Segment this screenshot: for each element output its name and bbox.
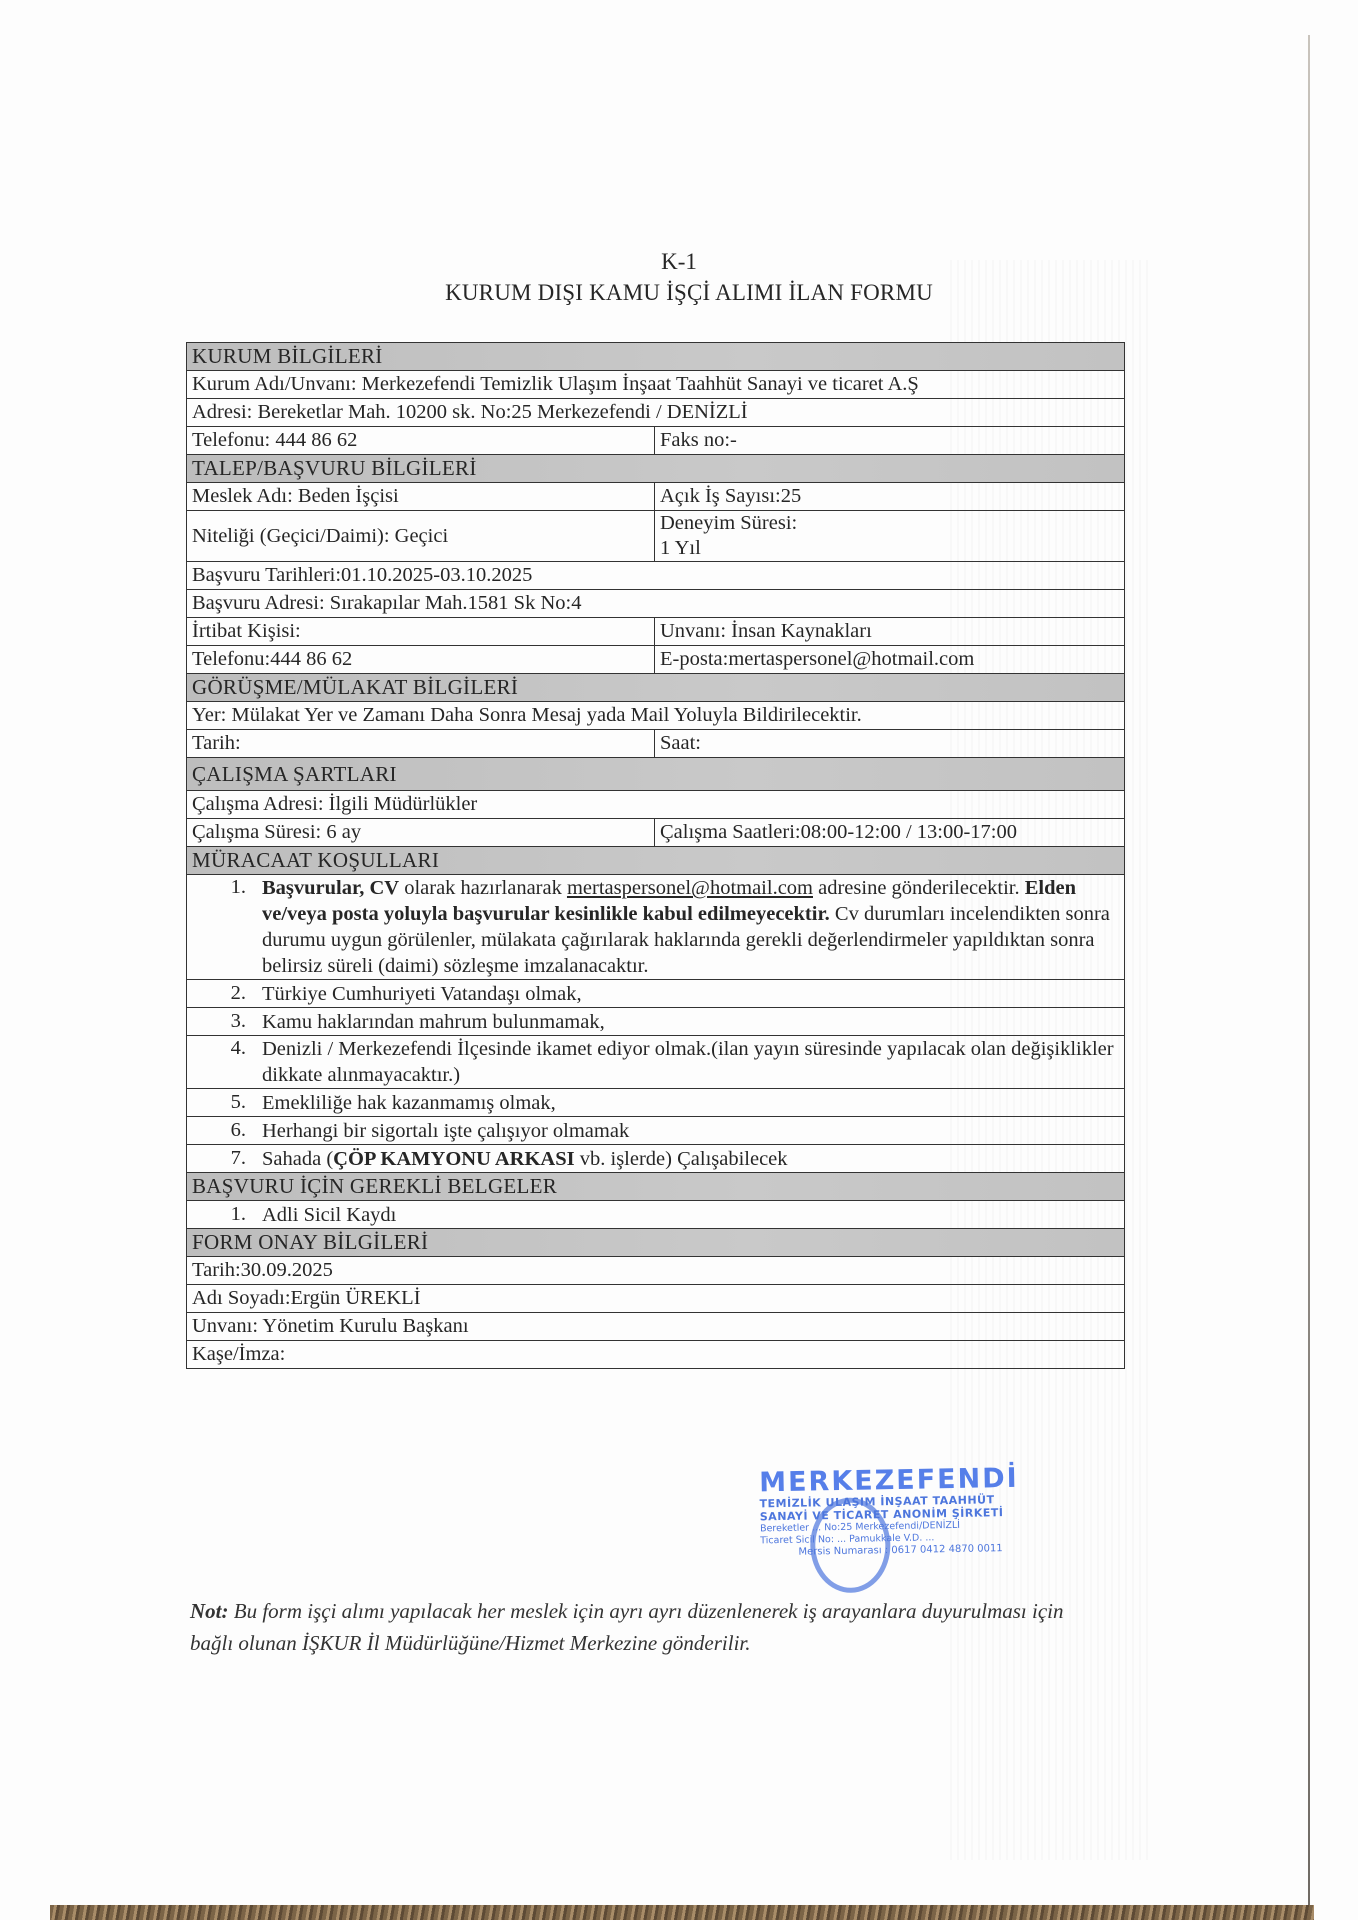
condition-text: Denizli / Merkezefendi İlçesinde ikamet …	[262, 1036, 1119, 1088]
condition-number: 3.	[192, 1009, 262, 1035]
condition-number: 7.	[192, 1146, 262, 1172]
condition-number: 1.	[192, 875, 262, 979]
open-positions: Açık İş Sayısı:25	[655, 483, 1125, 511]
condition-item: 7.Sahada (ÇÖP KAMYONU ARKASI vb. işlerde…	[187, 1145, 1125, 1173]
scanner-background-strip	[50, 1905, 1314, 1920]
form-title: KURUM DIŞI KAMU İŞÇİ ALIMI İLAN FORMU	[0, 278, 1358, 308]
condition-item: 6.Herhangi bir sigortalı işte çalışıyor …	[187, 1117, 1125, 1145]
interview-location: Yer: Mülakat Yer ve Zamanı Daha Sonra Me…	[187, 702, 1125, 730]
section-gorusme-mulakat: GÖRÜŞME/MÜLAKAT BİLGİLERİ	[187, 674, 1125, 702]
work-address: Çalışma Adresi: İlgili Müdürlükler	[187, 791, 1125, 819]
footer-note: Not: Bu form işçi alımı yapılacak her me…	[190, 1595, 1090, 1659]
condition-text: Sahada (ÇÖP KAMYONU ARKASI vb. işlerde) …	[262, 1146, 1119, 1172]
approver-name: Adı Soyadı:Ergün ÜREKLİ	[187, 1285, 1125, 1313]
form-code: K-1	[0, 248, 1358, 276]
form-header: K-1 KURUM DIŞI KAMU İŞÇİ ALIMI İLAN FORM…	[0, 248, 1358, 308]
condition-text: Kamu haklarından mahrum bulunmamak,	[262, 1009, 1119, 1035]
occupation-name: Meslek Adı: Beden İşçisi	[187, 483, 655, 511]
condition-item: 3.Kamu haklarından mahrum bulunmamak,	[187, 1008, 1125, 1036]
condition-number: 6.	[192, 1118, 262, 1144]
condition-item: 2.Türkiye Cumhuriyeti Vatandaşı olmak,	[187, 980, 1125, 1008]
condition-text: Başvurular, CV olarak hazırlanarak merta…	[262, 875, 1119, 979]
experience-value: 1 Yıl	[660, 536, 1119, 561]
interview-time: Saat:	[655, 730, 1125, 758]
condition-number: 5.	[192, 1090, 262, 1116]
section-form-onay: FORM ONAY BİLGİLERİ	[187, 1229, 1125, 1257]
work-duration: Çalışma Süresi: 6 ay	[187, 819, 655, 847]
condition-bold-text: ÇÖP KAMYONU ARKASI	[333, 1148, 574, 1170]
condition-item: 1. Başvurular, CV olarak hazırlanarak me…	[187, 875, 1125, 980]
signature-mark	[810, 1497, 892, 1593]
employment-type: Niteliği (Geçici/Daimi): Geçici	[187, 511, 655, 562]
paper-edge	[1308, 35, 1310, 1905]
condition-bold-text: Başvurular, CV	[262, 877, 399, 899]
document-item: 1.Adli Sicil Kaydı	[187, 1201, 1125, 1229]
note-text: Bu form işçi alımı yapılacak her meslek …	[190, 1599, 1064, 1655]
application-dates: Başvuru Tarihleri:01.10.2025-03.10.2025	[187, 562, 1125, 590]
contact-person: İrtibat Kişisi:	[187, 618, 655, 646]
interview-date: Tarih:	[187, 730, 655, 758]
institution-fax: Faks no:-	[655, 427, 1125, 455]
document-number: 1.	[192, 1202, 262, 1228]
condition-item: 5.Emekliliğe hak kazanmamış olmak,	[187, 1089, 1125, 1117]
section-muracaat-kosullari: MÜRACAAT KOŞULLARI	[187, 847, 1125, 875]
contact-phone: Telefonu:444 86 62	[187, 646, 655, 674]
condition-text: Emekliliğe hak kazanmamış olmak,	[262, 1090, 1119, 1116]
application-email-link[interactable]: mertaspersonel@hotmail.com	[567, 877, 813, 899]
section-calisma-sartlari: ÇALIŞMA ŞARTLARI	[187, 758, 1125, 791]
institution-address: Adresi: Bereketlar Mah. 10200 sk. No:25 …	[187, 399, 1125, 427]
condition-text-part: olarak hazırlanarak	[399, 877, 567, 899]
institution-phone: Telefonu: 444 86 62	[187, 427, 655, 455]
stamp-signature-field: Kaşe/İmza:	[187, 1341, 1125, 1369]
approver-title: Unvanı: Yönetim Kurulu Başkanı	[187, 1313, 1125, 1341]
condition-item: 4.Denizli / Merkezefendi İlçesinde ikame…	[187, 1036, 1125, 1089]
document-text: Adli Sicil Kaydı	[262, 1202, 1119, 1228]
condition-text-part: Sahada (	[262, 1148, 333, 1170]
section-talep-basvuru: TALEP/BAŞVURU BİLGİLERİ	[187, 455, 1125, 483]
contact-email: E-posta:mertaspersonel@hotmail.com	[655, 646, 1125, 674]
condition-text-part: vb. işlerde) Çalışabilecek	[575, 1148, 788, 1170]
condition-text: Herhangi bir sigortalı işte çalışıyor ol…	[262, 1118, 1119, 1144]
announcement-form-table: KURUM BİLGİLERİ Kurum Adı/Unvanı: Merkez…	[186, 342, 1125, 1369]
experience-duration: Deneyim Süresi: 1 Yıl	[655, 511, 1125, 562]
condition-text-part: adresine gönderilecektir.	[813, 877, 1025, 899]
application-address: Başvuru Adresi: Sırakapılar Mah.1581 Sk …	[187, 590, 1125, 618]
note-label: Not:	[190, 1599, 229, 1623]
condition-text: Türkiye Cumhuriyeti Vatandaşı olmak,	[262, 981, 1119, 1007]
section-gerekli-belgeler: BAŞVURU İÇİN GEREKLİ BELGELER	[187, 1173, 1125, 1201]
company-stamp: MERKEZEFENDİ TEMİZLİK ULAŞIM İNŞAAT TAAH…	[759, 1465, 1031, 1588]
work-hours: Çalışma Saatleri:08:00-12:00 / 13:00-17:…	[655, 819, 1125, 847]
section-kurum-bilgileri: KURUM BİLGİLERİ	[187, 343, 1125, 371]
condition-number: 4.	[192, 1036, 262, 1088]
condition-number: 2.	[192, 981, 262, 1007]
institution-name: Kurum Adı/Unvanı: Merkezefendi Temizlik …	[187, 371, 1125, 399]
contact-title: Unvanı: İnsan Kaynakları	[655, 618, 1125, 646]
approval-date: Tarih:30.09.2025	[187, 1257, 1125, 1285]
experience-label: Deneyim Süresi:	[660, 511, 1119, 536]
